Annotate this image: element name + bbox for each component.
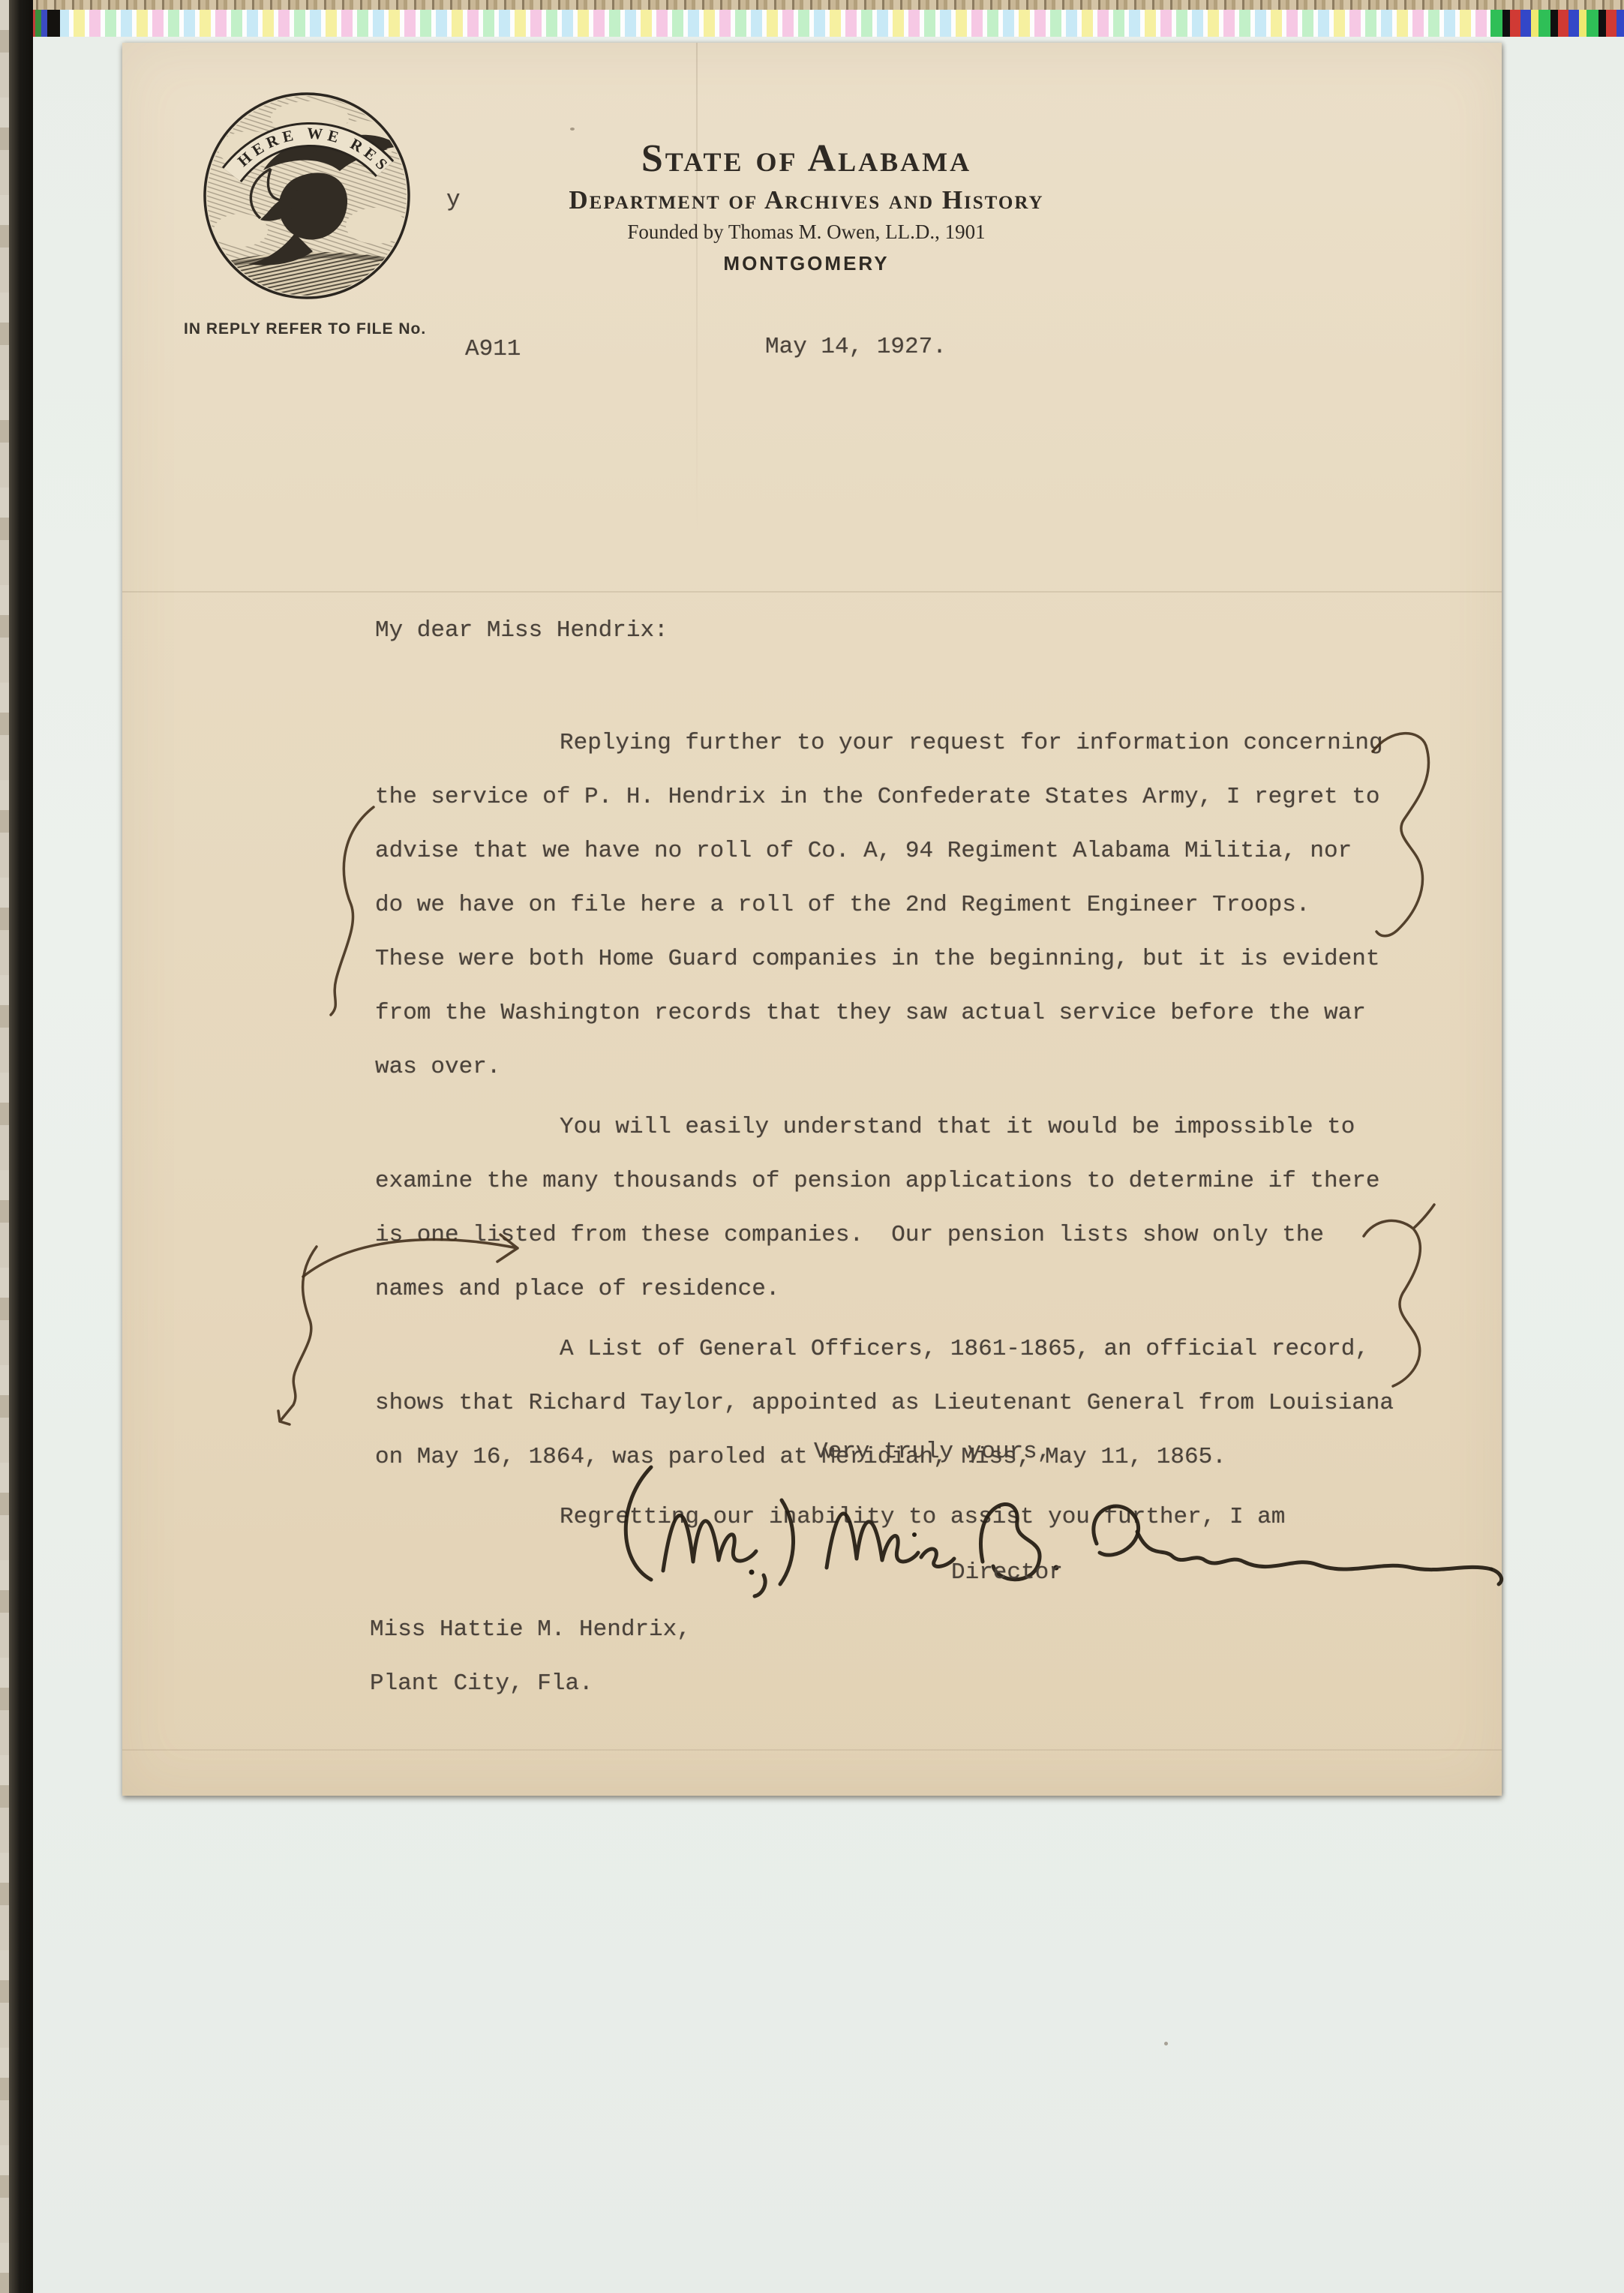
paper-speck xyxy=(1164,2042,1168,2045)
scan-edge-artifact-left-dark xyxy=(9,0,33,2293)
signer-title: Director xyxy=(951,1559,1063,1586)
typed-body: Replying further to your request for inf… xyxy=(375,716,1440,1544)
typed-line: from the Washington records that they sa… xyxy=(375,986,1440,1040)
file-reference-label: IN REPLY REFER TO FILE No. xyxy=(184,320,426,338)
letterhead-state: State of Alabama xyxy=(340,137,1273,181)
paper-fold-crease-lower xyxy=(122,1749,1502,1751)
paper-speck xyxy=(570,128,575,131)
typed-line: These were both Home Guard companies in … xyxy=(375,932,1440,986)
typed-line: You will easily understand that it would… xyxy=(375,1100,1440,1154)
scan-edge-artifact-left-outer xyxy=(0,0,9,2293)
typed-line: was over. xyxy=(375,1040,1440,1094)
file-number: A911 xyxy=(465,336,521,362)
closing-line: Very truly yours, xyxy=(814,1439,1051,1465)
recipient-line: Plant City, Fla. xyxy=(370,1657,691,1711)
letterhead-department: Department of Archives and History xyxy=(340,185,1273,215)
recipient-line: Miss Hattie M. Hendrix, xyxy=(370,1603,691,1657)
typed-line: shows that Richard Taylor, appointed as … xyxy=(375,1376,1440,1430)
letterhead: State of Alabama Department of Archives … xyxy=(340,137,1273,275)
color-calibration-bar xyxy=(11,10,1624,37)
typed-line: Regretting our inability to assist you f… xyxy=(375,1490,1440,1544)
letterhead-founded: Founded by Thomas M. Owen, LL.D., 1901 xyxy=(340,221,1273,244)
typed-line: is one listed from these companies. Our … xyxy=(375,1208,1440,1262)
color-calibration-stripes xyxy=(11,10,1624,37)
letter-date: May 14, 1927. xyxy=(765,334,947,360)
scan-edge-artifact-top xyxy=(0,0,1624,10)
typed-line: names and place of residence. xyxy=(375,1262,1440,1316)
letter-paper: HERE WE REST y State of Alabama Departme… xyxy=(122,43,1502,1796)
recipient-block: Miss Hattie M. Hendrix,Plant City, Fla. xyxy=(370,1603,691,1711)
scanned-letter-page: HERE WE REST y State of Alabama Departme… xyxy=(0,0,1624,2293)
letterhead-city: MONTGOMERY xyxy=(340,252,1273,275)
typed-line: Replying further to your request for inf… xyxy=(375,716,1440,770)
paper-crease-vertical xyxy=(696,43,698,538)
color-calibration-dark-right xyxy=(1490,10,1624,37)
typed-line: examine the many thousands of pension ap… xyxy=(375,1154,1440,1208)
typed-line: A List of General Officers, 1861-1865, a… xyxy=(375,1322,1440,1376)
typed-line: advise that we have no roll of Co. A, 94… xyxy=(375,824,1440,878)
salutation: My dear Miss Hendrix: xyxy=(375,604,1440,658)
typed-line: do we have on file here a roll of the 2n… xyxy=(375,878,1440,932)
typed-line: the service of P. H. Hendrix in the Conf… xyxy=(375,770,1440,824)
